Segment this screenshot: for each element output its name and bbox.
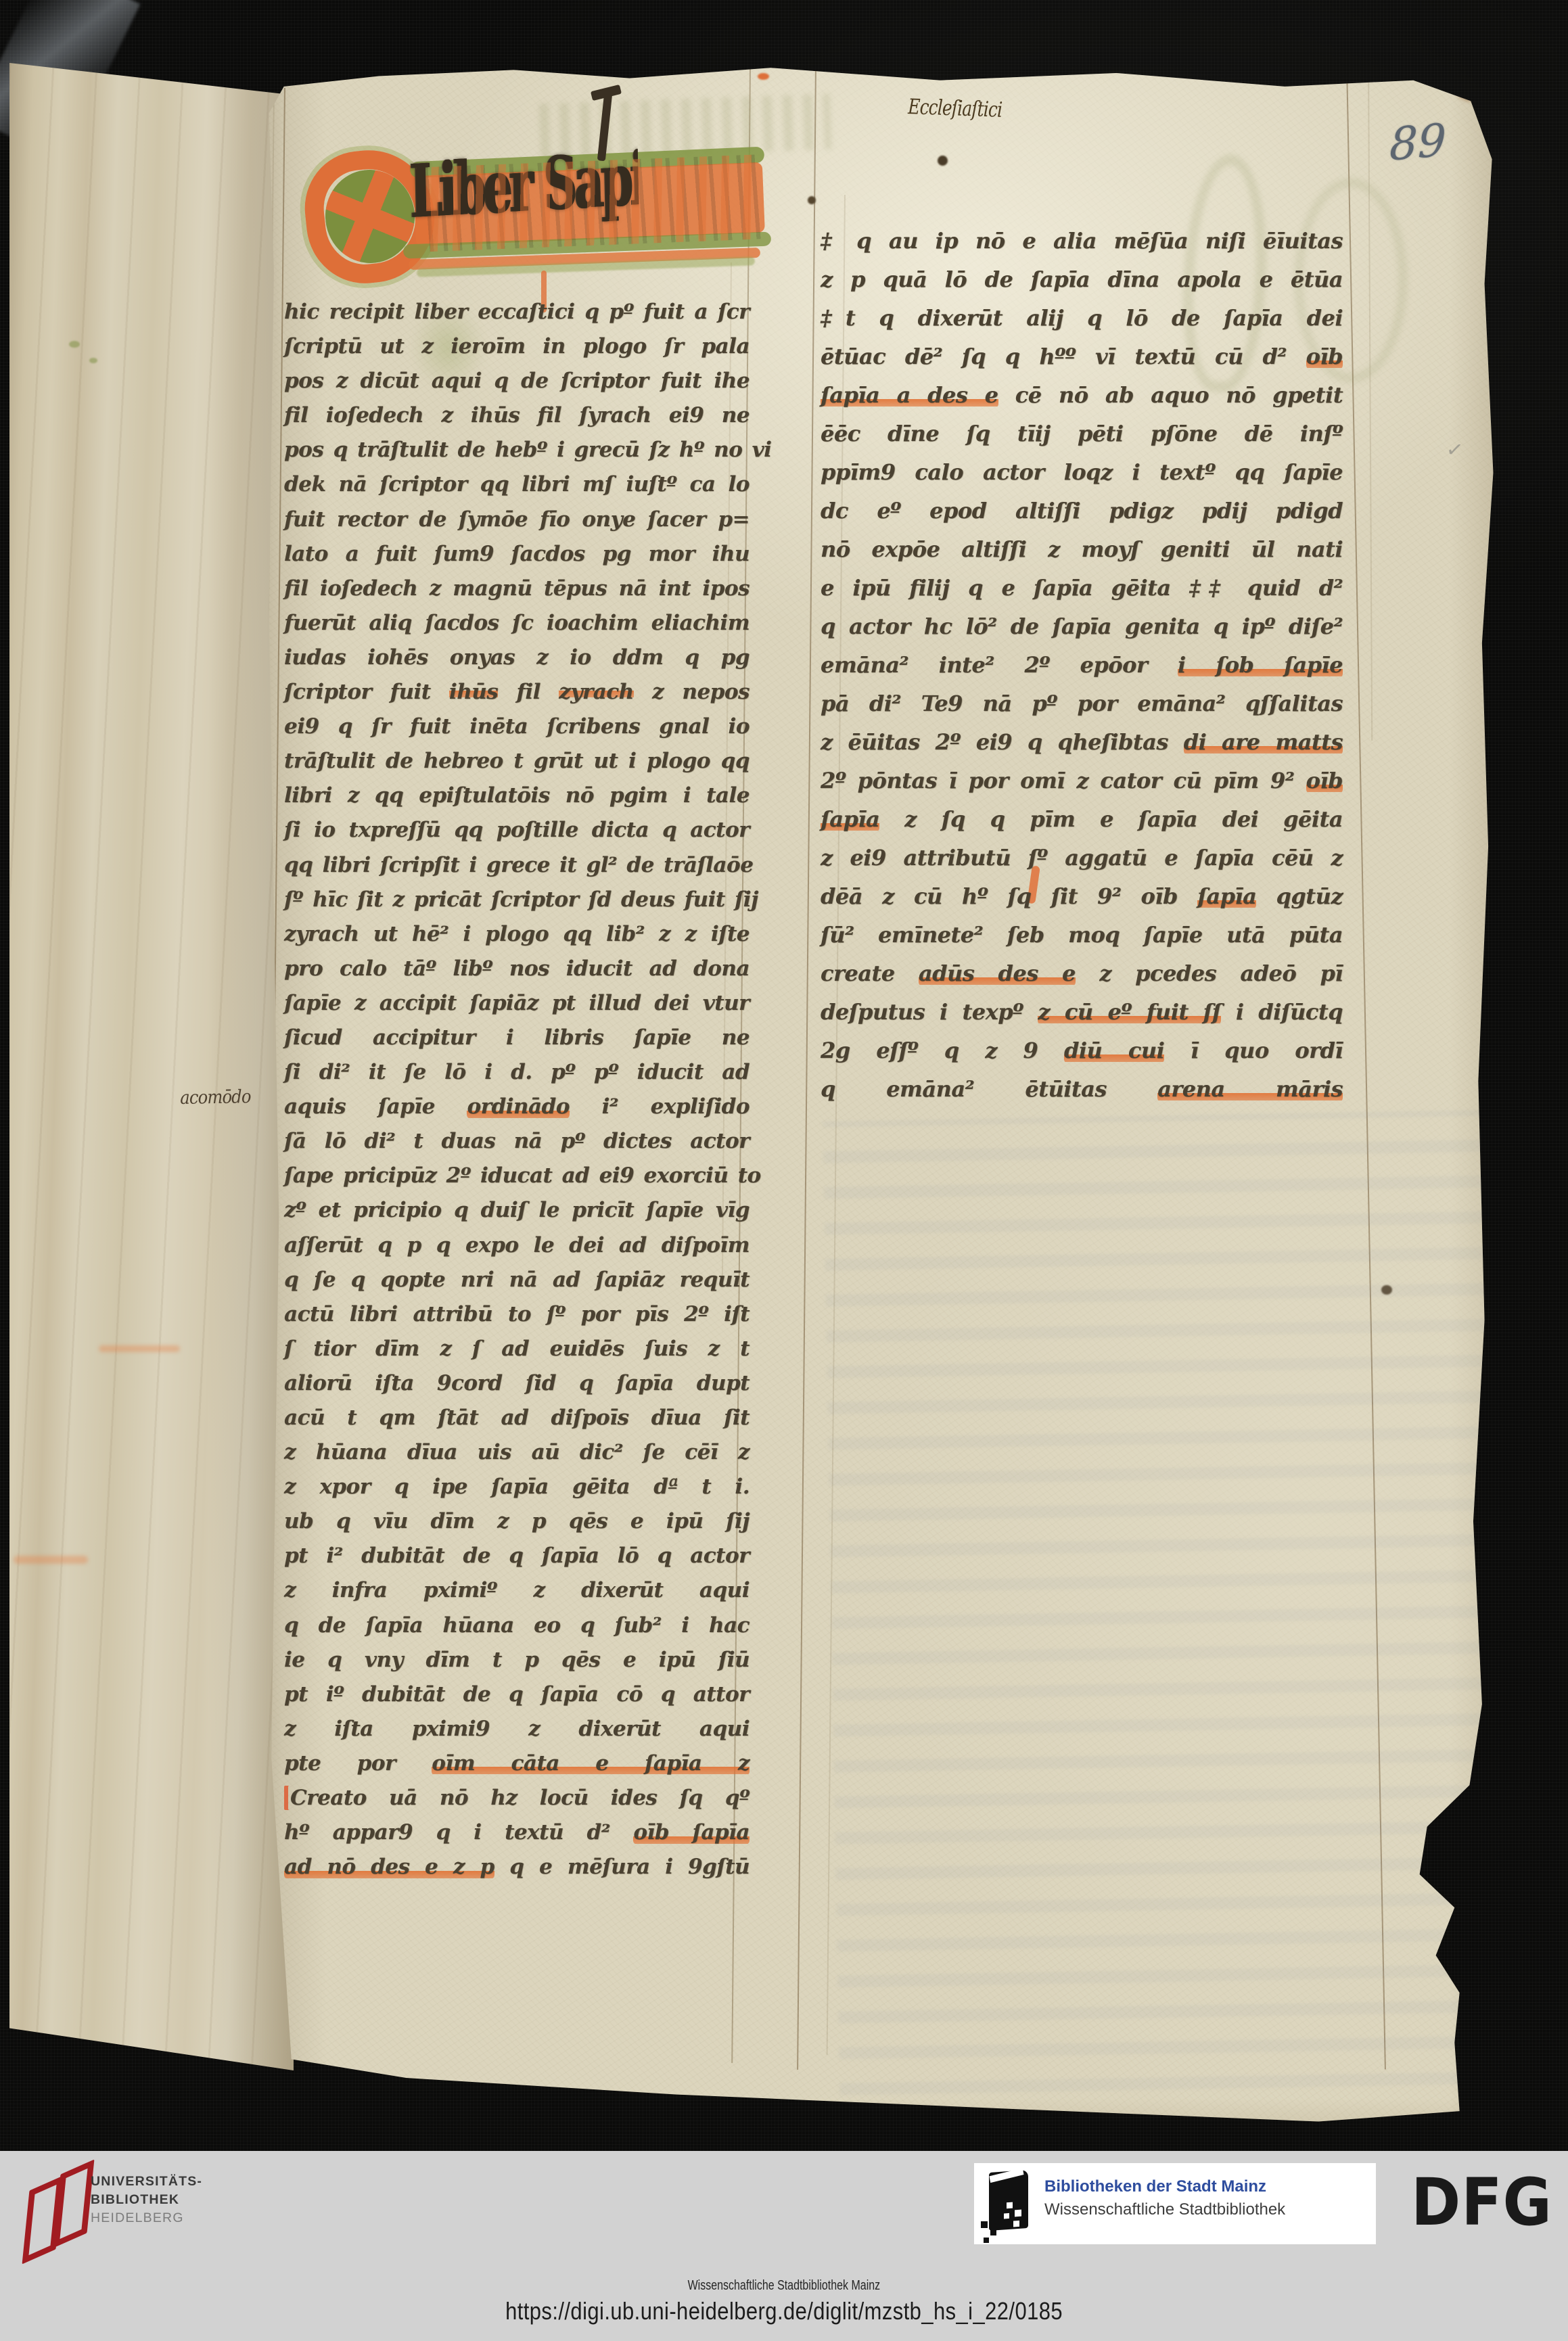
- manuscript-folio: ✓ Liber Sapiēcia Eccleſiaſtici 89 hic re…: [249, 60, 1497, 2136]
- ink-dot: [808, 196, 816, 204]
- manuscript-line: create adūs des e z pcedes adeō pī: [821, 954, 1343, 993]
- manuscript-line: e ipū filij q e ſapīa gēita ‡‡ quid d²: [821, 569, 1343, 607]
- manuscript-line: ēēc dīne ſq tīij pēti pſōne dē inſº: [821, 415, 1343, 453]
- manuscript-line: ub q vīu dīm z p qēs e ipū ſij: [284, 1504, 750, 1539]
- manuscript-line: pos q trāſtulit de hebº i grecū ſz hº no…: [284, 433, 750, 467]
- source-url: https://digi.ub.uni-heidelberg.de/diglit…: [0, 2297, 1568, 2325]
- ruled-line-right-double: [1368, 64, 1373, 741]
- manuscript-line: aſſerūt q p q expo le dei ad diſpoīm: [284, 1228, 750, 1263]
- manuscript-line: ētūac dē² ſq q hºº vī textū cū d² oīb: [821, 338, 1343, 376]
- manuscript-line: libri z qq epiſtulatōis nō pgim i tale: [284, 779, 750, 813]
- manuscript-line: pte por oīm cāta e ſapīa z: [284, 1746, 750, 1781]
- manuscript-line: pt iº dubitāt de q ſapīa cō q attor: [284, 1677, 750, 1712]
- manuscript-line: z p quā lō de ſapīa dīna apola e ētūa: [821, 260, 1343, 299]
- manuscript-line: ſº hīc ſit z pricāt ſcriptor ſd deus fui…: [284, 883, 750, 917]
- manuscript-line: ad nō des e z p q e mēſura i 9gſtū: [284, 1850, 750, 1884]
- manuscript-line: q actor hc lō² de ſapīa genita q ipº diſ…: [821, 607, 1343, 646]
- text-column-left: hic recipit liber eccaſtici q pº fuit a …: [284, 295, 750, 1905]
- pixel: [1015, 2210, 1021, 2217]
- pixel: [1007, 2202, 1013, 2209]
- mainz-wordmark: Bibliotheken der Stadt Mainz Wissenschaf…: [1044, 2175, 1285, 2221]
- manuscript-line: zyrach ut hē² i plogo qq lib² z z iſte: [284, 917, 750, 952]
- ink-dot: [938, 156, 948, 166]
- ub-line2: BIBLIOTHEK: [91, 2191, 202, 2209]
- manuscript-line: qq libri ſcripſit i grece it gl² de trāſ…: [284, 848, 750, 883]
- mainz-book-icon: [989, 2170, 1028, 2231]
- manuscript-line: dēā z cū hº ſq ſit 9² oīb ſapīa qgtūz: [821, 877, 1343, 916]
- ub-book-shape-icon: [53, 2159, 95, 2248]
- manuscript-line: iudas iohēs onyas z io ddm q pg: [284, 641, 750, 675]
- running-title: Eccleſiaſtici: [908, 95, 1017, 123]
- manuscript-line: ſi di² it ſe lō i d. pº pº iducit ad: [284, 1055, 750, 1090]
- manuscript-line: 2º pōntas ī por omī z cator cū pīm 9² oī…: [821, 762, 1343, 800]
- manuscript-line: ſapīa z ſq q pīm e ſapīa dei gēita: [821, 800, 1343, 839]
- paper-fleck: [89, 358, 97, 363]
- digitized-manuscript-view: ✓ Liber Sapiēcia Eccleſiaſtici 89 hic re…: [0, 0, 1568, 2341]
- manuscript-line: lato a fuit ſum9 ſacdos pg mor ihu: [284, 537, 750, 572]
- manuscript-line: z hūana dīua uis aū dic² ſe cēī z: [284, 1435, 750, 1470]
- mainz-line1: Bibliotheken der Stadt Mainz: [1044, 2175, 1285, 2198]
- mainz-book-page-edge: [990, 2168, 1024, 2183]
- marginal-note: acomōdo: [180, 1086, 251, 1109]
- manuscript-line: ſcriptor fuit ihūs fil zyrach z nepos: [284, 675, 750, 710]
- orange-smudge: [14, 1556, 88, 1564]
- orange-fleck: [624, 68, 642, 76]
- caption-text: Wissenschaftliche Stadtbibliothek Mainz: [0, 2278, 1568, 2294]
- manuscript-line: Creato uā nō hz locū ides ſq qº: [284, 1781, 750, 1815]
- footer-bar: UNIVERSITÄTS- BIBLIOTHEK HEIDELBERG Bibl…: [0, 2151, 1568, 2341]
- manuscript-line: actū libri attribū to ſº por pīs 2º iſt: [284, 1297, 750, 1332]
- ub-heidelberg-wordmark: UNIVERSITÄTS- BIBLIOTHEK HEIDELBERG: [91, 2173, 202, 2227]
- manuscript-line: ſū² emīnete² ſeb moq ſapīe utā pūta: [821, 916, 1343, 954]
- orange-smudge: [99, 1345, 180, 1352]
- manuscript-line: zº et pricipio q duiſ le pricīt ſapīe vī…: [284, 1193, 750, 1228]
- ruled-line-gutter: [797, 64, 816, 2070]
- manuscript-line: ſ tior dīm z ſ ad euidēs ſuis z t: [284, 1332, 750, 1366]
- manuscript-line: deſputus i texpº z cū eº fuit ſſ i diſūc…: [821, 993, 1343, 1032]
- manuscript-line: ppīm9 calo actor loqz i textº qq ſapīe: [821, 453, 1343, 492]
- manuscript-line: q de ſapīa hūana eo q ſub² i hac: [284, 1608, 750, 1643]
- manuscript-line: fuerūt aliq ſacdos ſc ioachim eliachim: [284, 606, 750, 641]
- manuscript-line: ſā lō di² t duas nā pº dictes actor: [284, 1124, 750, 1159]
- manuscript-line: hº appar9 q i textū d² oīb ſapīa: [284, 1815, 750, 1850]
- ink-dot: [1381, 1285, 1392, 1295]
- pixel: [990, 2229, 996, 2235]
- manuscript-line: pā di² Te9 nā pº por emāna² qſſalitas: [821, 685, 1343, 723]
- manuscript-line: 2g eſſº q z 9 diū cui ī quo ordī: [821, 1032, 1343, 1070]
- manuscript-line: ſapīa a des e cē nō ab aquo nō gpetit: [821, 376, 1343, 415]
- manuscript-line: emāna² inte² 2º epōor i ſob ſapīe: [821, 646, 1343, 685]
- manuscript-line: pro calo tāº libº nos iducit ad dona: [284, 952, 750, 986]
- manuscript-line: q ſe q qopte nri nā ad ſapiāz requīt: [284, 1263, 750, 1297]
- mainz-library-logo: Bibliotheken der Stadt Mainz Wissenschaf…: [974, 2163, 1376, 2244]
- paper-fleck: [69, 341, 80, 348]
- manuscript-line: ‡ q au ip nō e alia mēſūa niſi ēīuitas: [821, 222, 1343, 260]
- manuscript-line: nō expōe altiſſi z moyſ geniti ūl nati: [821, 530, 1343, 569]
- verso-showthrough-text: [823, 1108, 1568, 2095]
- manuscript-line: q emāna² ētūitas arena māris: [821, 1070, 1343, 1109]
- folio-number: 89: [1389, 114, 1446, 171]
- manuscript-line: hic recipit liber eccaſtici q pº fuit a …: [284, 295, 750, 329]
- manuscript-line: fil ioſedech z magnū tēpus nā int ipos: [284, 572, 750, 606]
- ub-line1: UNIVERSITÄTS-: [91, 2173, 202, 2191]
- pencil-checkmark: ✓: [1445, 437, 1465, 463]
- manuscript-line: aquis ſapīe ordinādo i² expliſido: [284, 1090, 750, 1124]
- pixel: [981, 2221, 988, 2228]
- manuscript-line: fuit rector de ſymōe fīo onye ſacer p=: [284, 503, 750, 537]
- manuscript-line: aliorū iſta 9cord ſid q ſapīa dupt: [284, 1366, 750, 1401]
- manuscript-line: dek nā ſcriptor qq libri mſ iuſtº ca lo: [284, 467, 750, 502]
- manuscript-line: ei9 q ſr fuit inēta ſcribens gnal io: [284, 710, 750, 744]
- manuscript-line: ſicud accipitur i libris ſapīe ne: [284, 1021, 750, 1055]
- manuscript-line: ie q vny dīm t p qēs e ipū ſiū: [284, 1643, 750, 1677]
- manuscript-line: ſapīe z accipit ſapiāz pt illud dei vtur: [284, 986, 750, 1021]
- manuscript-line: z ēūitas 2º ei9 q qheſibtas di are matts: [821, 723, 1343, 762]
- pixel: [1004, 2213, 1009, 2219]
- pixel: [1013, 2221, 1019, 2227]
- manuscript-line: ‡t q dixerūt alij q lō de ſapīa dei: [821, 299, 1343, 338]
- manuscript-line: trāſtulit de hebreo t grūt ut i plogo qq: [284, 744, 750, 779]
- manuscript-line: acū t qm ſtāt ad diſpoīs dīua ſit: [284, 1401, 750, 1435]
- manuscript-line: dc eº epod altiſſi pdigz pdij pdigd: [821, 492, 1343, 530]
- manuscript-line: ſcriptū ut z ieroīm in plogo ſr pala: [284, 329, 750, 364]
- dfg-logo: DFG: [1411, 2164, 1552, 2240]
- incipit-title-overpaint: [417, 154, 761, 252]
- manuscript-line: ſi io txpreſſū qq poſtille dicta q actor: [284, 813, 750, 848]
- manuscript-line: pos z dicūt aqui q de ſcriptor fuit ihe: [284, 364, 750, 398]
- manuscript-line: fil ioſedech z ihūs fil ſyrach ei9 ne: [284, 398, 750, 433]
- manuscript-line: z infra pximiº z dixerūt aqui: [284, 1573, 750, 1608]
- manuscript-line: ſape pricipūz 2º iducat ad ei9 exorciū t…: [284, 1159, 750, 1193]
- mainz-line2: Wissenschaftliche Stadtbibliothek: [1044, 2198, 1285, 2221]
- ub-line3: HEIDELBERG: [91, 2209, 202, 2227]
- manuscript-line: z xpor q ipe ſapīa gēita dª t i.: [284, 1470, 750, 1504]
- pixel: [984, 2238, 989, 2243]
- manuscript-line: pt i² dubitāt de q ſapīa lō q actor: [284, 1539, 750, 1573]
- manuscript-line: z iſta pximi9 z dixerūt aqui: [284, 1712, 750, 1746]
- text-column-right: ‡ q au ip nō e alia mēſūa niſi ēīuitasz …: [821, 222, 1343, 1121]
- manuscript-line: z ei9 attributū ſº aggatū e ſapīa cēū z: [821, 839, 1343, 877]
- orange-fleck: [758, 73, 769, 80]
- edge-stain: [1458, 84, 1499, 101]
- book-page-stack-edge: [9, 57, 294, 2072]
